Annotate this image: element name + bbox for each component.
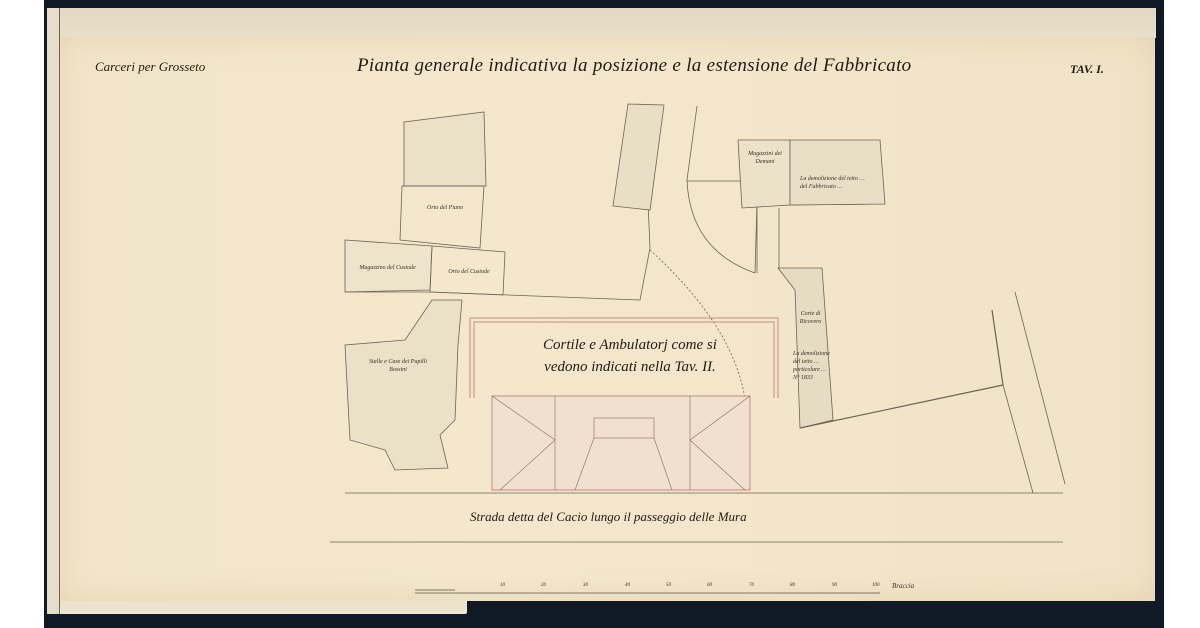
label-magazzini-dei-demani: Magazzini dei Demani xyxy=(745,150,785,166)
scale-tick: 80 xyxy=(790,583,795,588)
upper-left-block xyxy=(404,112,486,186)
scale-tick: 70 xyxy=(749,583,754,588)
scale-bar xyxy=(415,590,880,593)
scale-tick: 60 xyxy=(707,583,712,588)
label-orto-del-custode: Orto del Custode xyxy=(435,268,503,276)
scale-tick: 30 xyxy=(583,583,588,588)
document-title: Pianta generale indicativa la posizione … xyxy=(357,55,911,77)
scale-tick: 90 xyxy=(832,583,837,588)
note-right: La demolizione del tetto … particolare …… xyxy=(793,350,831,382)
scale-tick: 100 xyxy=(872,583,880,588)
scale-unit: Braccia xyxy=(892,582,914,590)
site-plan-drawing xyxy=(0,0,1200,628)
orto-del-piano-area xyxy=(400,186,484,248)
label-corte-ricovero: Corte di Ricovero xyxy=(793,310,828,326)
scale-tick: 40 xyxy=(625,583,630,588)
scale-tick: 20 xyxy=(541,583,546,588)
scale-tick: 10 xyxy=(500,583,505,588)
street-label: Strada detta del Cacio lungo il passeggi… xyxy=(470,509,747,525)
plate-number: TAV. I. xyxy=(1070,62,1104,77)
label-cortile: Cortile e Ambulatorj come si vedono indi… xyxy=(520,334,740,378)
scale-tick: 50 xyxy=(666,583,671,588)
label-stalle-case: Stalle e Case dei Pupilli Bossini xyxy=(368,358,428,374)
label-orto-del-piano: Orto del Piano xyxy=(410,204,480,212)
note-top-right: La demolizione del tetto … del Fabbricat… xyxy=(800,175,865,191)
label-magazzino-del-custode: Magazzino del Custode xyxy=(345,264,430,272)
header-left-caption: Carceri per Grosseto xyxy=(95,59,205,75)
